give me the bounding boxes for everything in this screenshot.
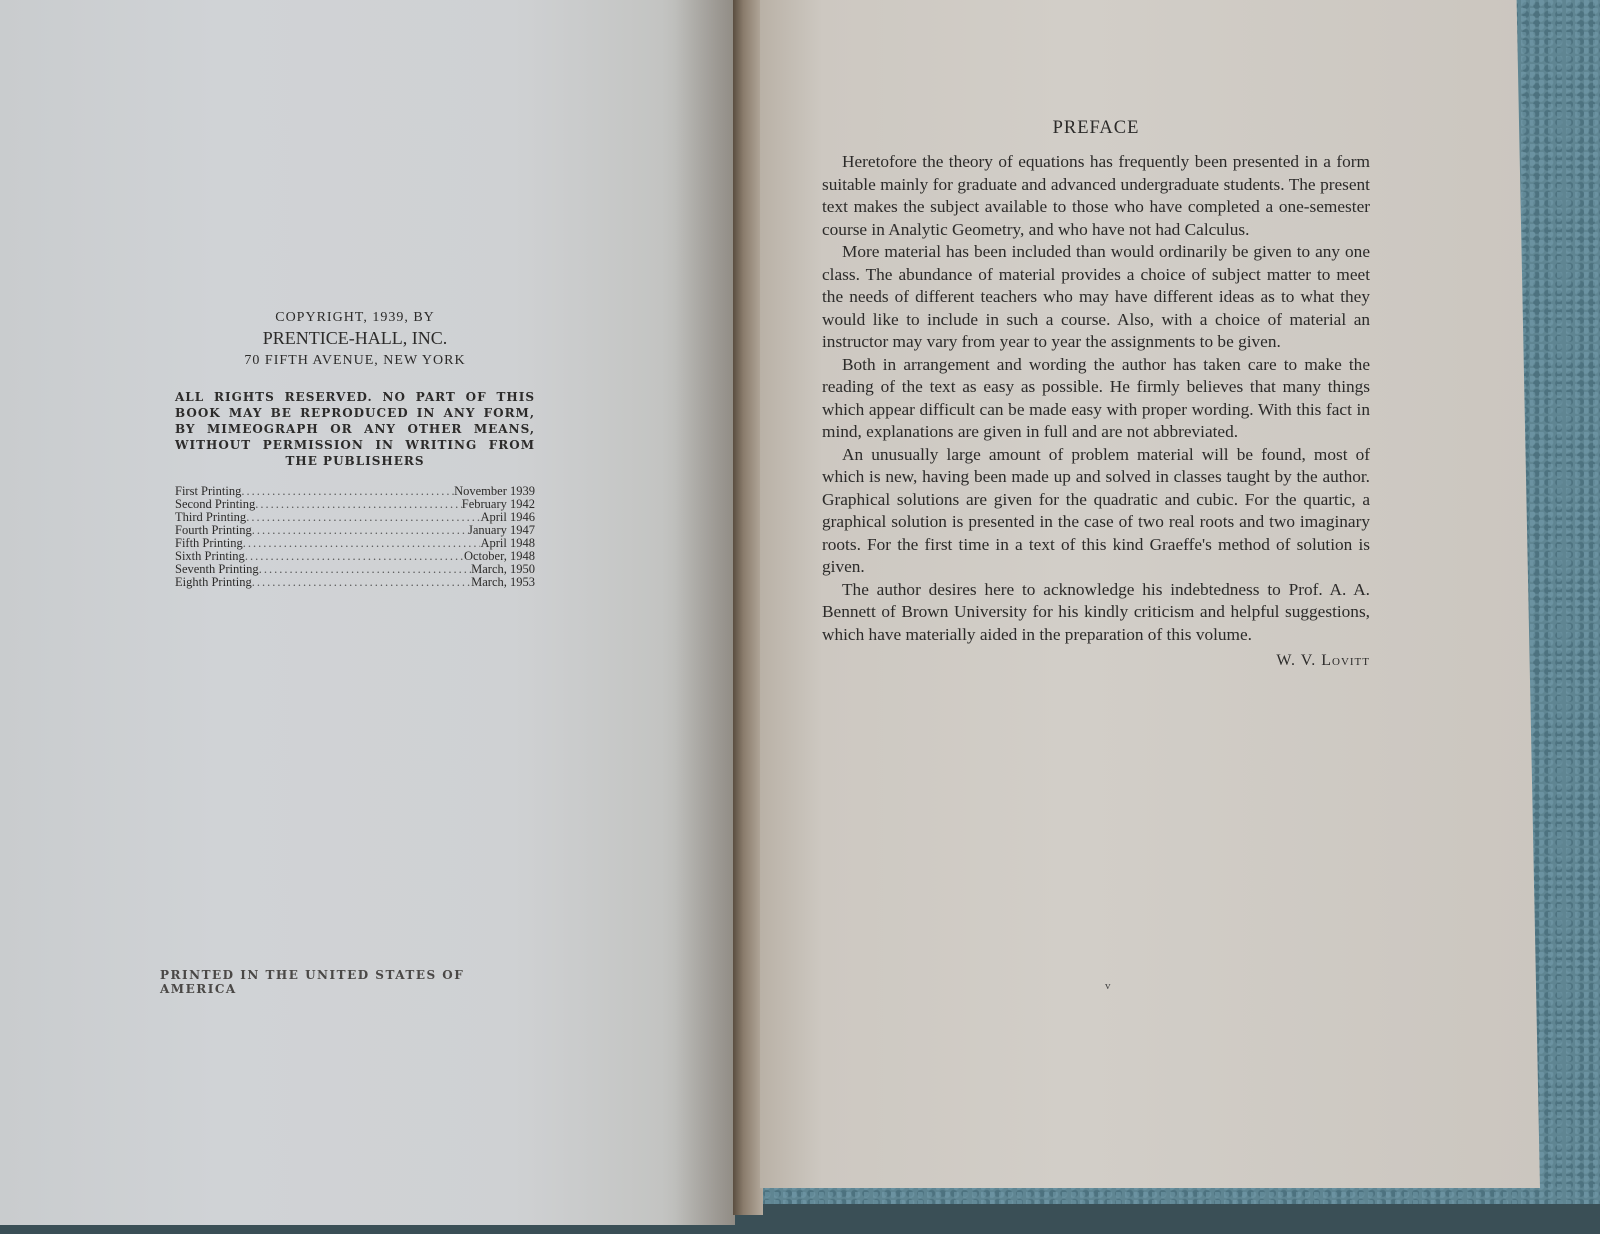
- leader-dots: [255, 498, 462, 511]
- preface-paragraph: More material has been included than wou…: [822, 241, 1370, 354]
- book-gutter: [733, 0, 763, 1215]
- leader-dots: [252, 576, 471, 589]
- copyright-block: COPYRIGHT, 1939, BY PRENTICE-HALL, INC. …: [175, 310, 535, 589]
- publisher-address: 70 FIFTH AVENUE, NEW YORK: [175, 353, 535, 369]
- page-number: v: [1105, 980, 1111, 992]
- leader-dots: [241, 485, 454, 498]
- rights-notice: ALL RIGHTS RESERVED. NO PART OF THIS BOO…: [175, 389, 535, 469]
- preface-title: PREFACE: [822, 118, 1370, 139]
- copyright-line: COPYRIGHT, 1939, BY: [175, 310, 535, 326]
- preface-paragraph: The author desires here to acknowledge h…: [822, 579, 1370, 647]
- leader-dots: [245, 550, 464, 563]
- preface-section: PREFACE Heretofore the theory of equatio…: [822, 118, 1370, 670]
- author-signature: W. V. Lovitt: [822, 652, 1370, 670]
- leader-dots: [246, 511, 480, 524]
- leader-dots: [243, 537, 481, 550]
- leader-dots: [252, 524, 468, 537]
- printing-name: Eighth Printing: [175, 576, 252, 589]
- printing-date: March, 1953: [471, 576, 535, 589]
- preface-paragraph: An unusually large amount of problem mat…: [822, 444, 1370, 579]
- preface-paragraph: Both in arrangement and wording the auth…: [822, 354, 1370, 444]
- printed-in-notice: PRINTED IN THE UNITED STATES OF AMERICA: [160, 968, 530, 996]
- publisher-name: PRENTICE-HALL, INC.: [175, 328, 535, 349]
- printing-history: First PrintingNovember 1939 Second Print…: [175, 485, 535, 589]
- preface-paragraph: Heretofore the theory of equations has f…: [822, 151, 1370, 241]
- printing-row: Eighth PrintingMarch, 1953: [175, 576, 535, 589]
- leader-dots: [259, 563, 471, 576]
- left-page: COPYRIGHT, 1939, BY PRENTICE-HALL, INC. …: [0, 0, 735, 1225]
